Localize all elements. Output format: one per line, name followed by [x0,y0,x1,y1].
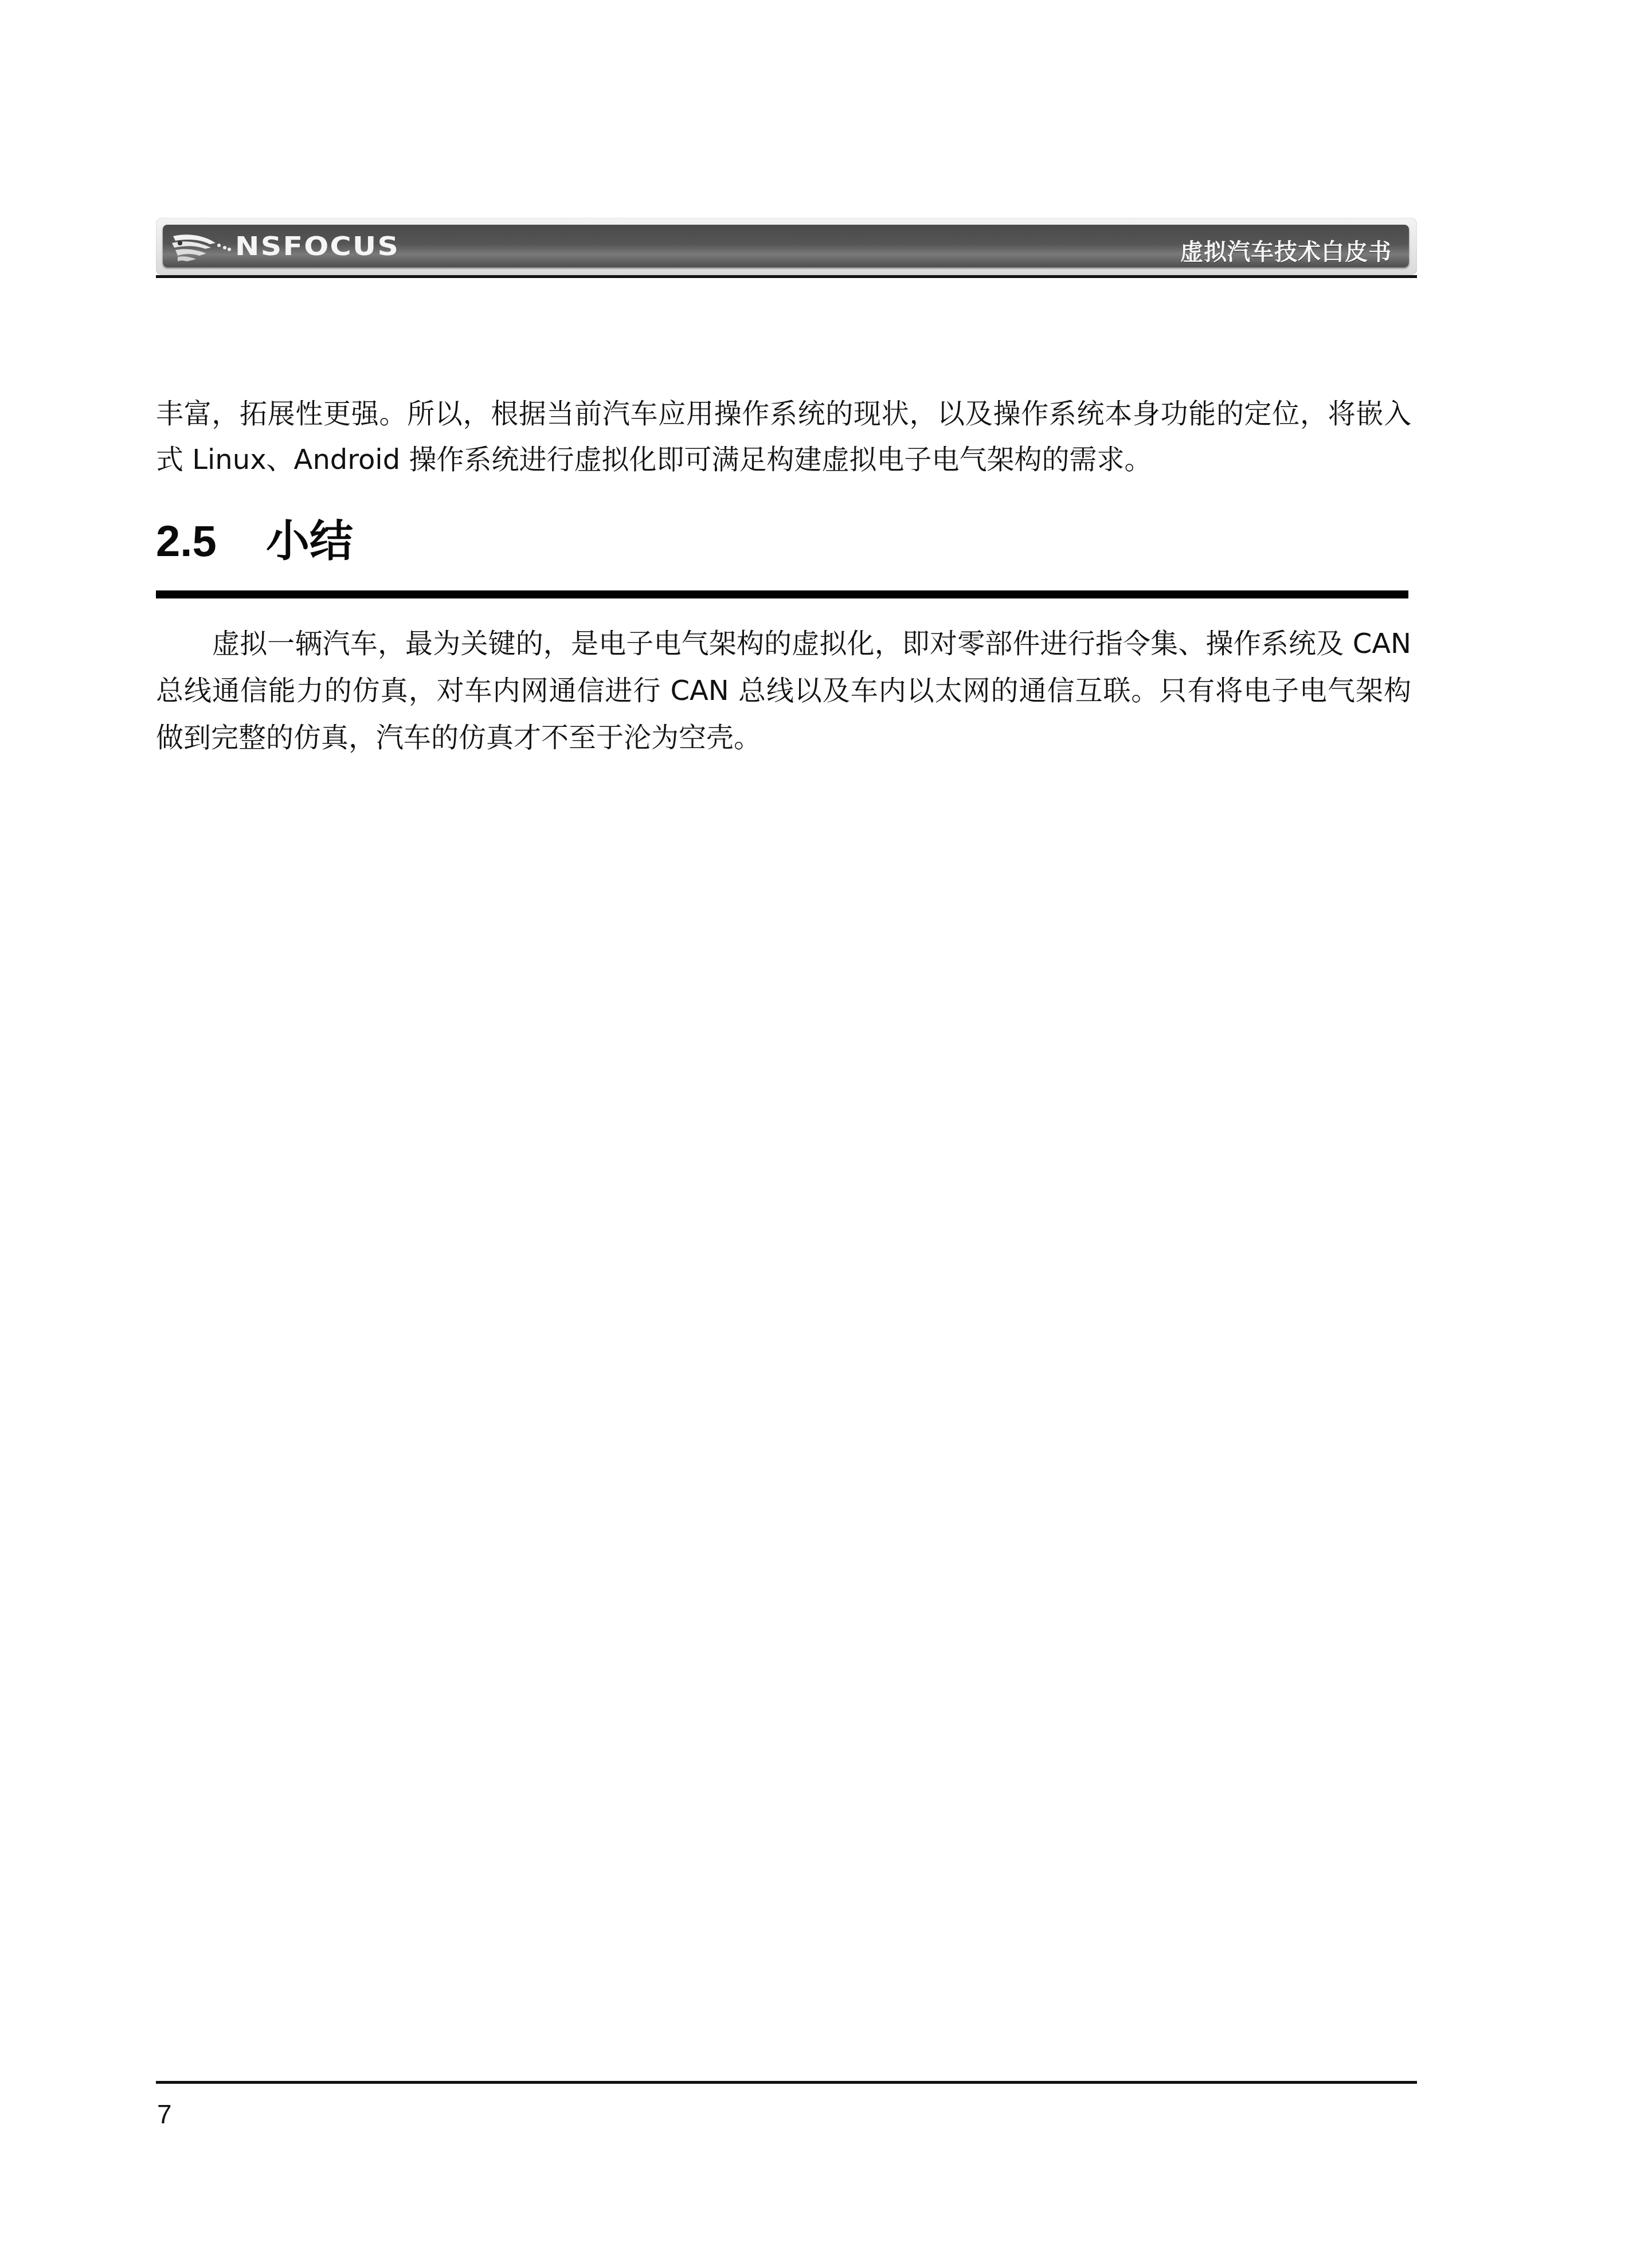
footer-divider [156,2081,1417,2084]
document-title: 虚拟汽车技术白皮书 [1180,234,1392,267]
section-title: 小结 [266,513,353,570]
header-bar: NSFOCUS 虚拟汽车技术白皮书 [163,225,1409,267]
eagle-logo-icon [170,230,233,263]
page-number: 7 [157,2098,172,2130]
nsfocus-logo: NSFOCUS [170,230,378,263]
logo-wordmark: NSFOCUS [235,232,400,261]
section-heading-rule [156,590,1408,598]
section-heading: 2.5 小结 [156,513,353,570]
section-number: 2.5 [156,513,266,570]
header-divider [156,275,1417,278]
body-paragraph-continuation: 丰富，拓展性更强。所以，根据当前汽车应用操作系统的现状，以及操作系统本身功能的定… [156,391,1411,483]
section-paragraph: 虚拟一辆汽车，最为关键的，是电子电气架构的虚拟化，即对零部件进行指令集、操作系统… [156,620,1411,761]
page-header: NSFOCUS 虚拟汽车技术白皮书 [156,218,1417,275]
